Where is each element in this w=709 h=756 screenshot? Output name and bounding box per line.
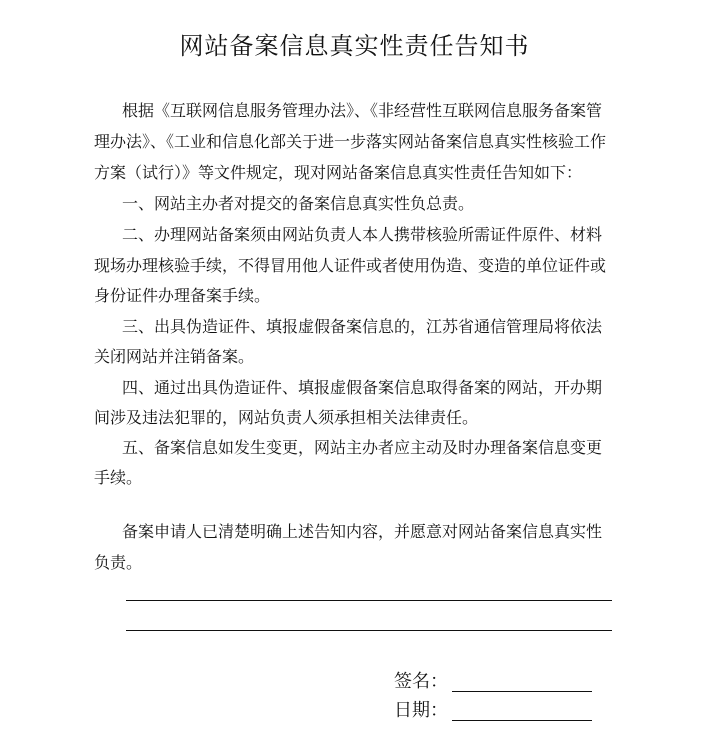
notice-line: 二、办理网站备案须由网站负责人本人携带核验所需证件原件、材料	[122, 224, 602, 246]
intro-line: 理办法》、《工业和信息化部关于进一步落实网站备案信息真实性核验工作	[94, 131, 606, 153]
intro-line: 根据《互联网信息服务管理办法》、《非经营性互联网信息服务备案管	[122, 100, 602, 122]
signature-field[interactable]	[452, 691, 592, 692]
notice-line: 三、出具伪造证件、填报虚假备案信息的，江苏省通信管理局将依法	[122, 316, 602, 338]
signature-label: 签名：	[394, 670, 448, 694]
notice-line: 关闭网站并注销备案。	[94, 346, 254, 368]
declaration-line: 负责。	[94, 552, 142, 574]
notice-line: 五、备案信息如发生变更，网站主办者应主动及时办理备案信息变更	[122, 437, 602, 459]
blank-writing-line-2[interactable]	[126, 630, 612, 631]
date-label: 日期：	[394, 699, 448, 723]
intro-line: 方案（试行）》等文件规定，现对网站备案信息真实性责任告知如下：	[94, 162, 582, 184]
notice-line: 一、网站主办者对提交的备案信息真实性负总责。	[122, 193, 474, 215]
declaration-line: 备案申请人已清楚明确上述告知内容，并愿意对网站备案信息真实性	[122, 521, 602, 543]
notice-line: 手续。	[94, 467, 142, 489]
notice-line: 身份证件办理备案手续。	[94, 285, 270, 307]
date-field[interactable]	[452, 720, 592, 721]
notice-line: 间涉及违法犯罪的，网站负责人须承担相关法律责任。	[94, 407, 478, 429]
blank-writing-line-1[interactable]	[126, 600, 612, 601]
document-title: 网站备案信息真实性责任告知书	[0, 30, 709, 62]
notice-line: 现场办理核验手续，不得冒用他人证件或者使用伪造、变造的单位证件或	[94, 255, 606, 277]
notice-line: 四、通过出具伪造证件、填报虚假备案信息取得备案的网站，开办期	[122, 377, 602, 399]
